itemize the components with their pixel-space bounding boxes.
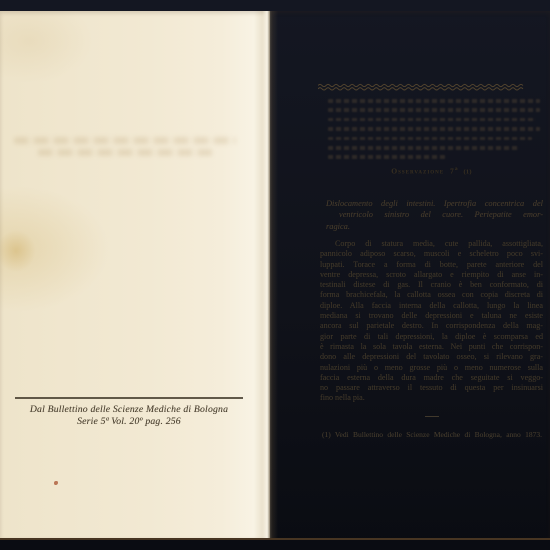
show-through-line <box>328 146 519 150</box>
summary-line: ventricolo sinistro del cuore. Periepati… <box>326 209 543 220</box>
paper-stain <box>0 223 42 279</box>
imprint-source: Dal Bullettino delle Scienze Mediche di … <box>12 404 246 416</box>
footnote-rule <box>425 416 439 417</box>
body-line: mediana si trovano delle depressioni e t… <box>320 311 543 321</box>
body-line: ancora sul parietale destro. In corrispo… <box>320 321 543 331</box>
paper-speck <box>54 481 58 485</box>
summary-line: ragica. <box>326 221 543 232</box>
left-page: Dal Bullettino delle Scienze Mediche di … <box>0 11 270 538</box>
body-line: è rimasta la sola tavola esterna. Nei pu… <box>320 342 543 352</box>
heading-ordinal: a <box>455 166 458 172</box>
heading-word: Osservazione <box>391 167 444 176</box>
body-line: dono alle depressioni del tavolato osseo… <box>320 352 543 362</box>
imprint-rule <box>15 397 243 399</box>
body-line: ventre depressa, scroto allargato e riem… <box>320 270 543 280</box>
footnote: (1) Vedi Bullettino delle Scienze Medich… <box>322 430 542 439</box>
show-through-text <box>14 137 236 161</box>
book-scan: Dal Bullettino delle Scienze Mediche di … <box>0 0 550 550</box>
wavy-rule <box>318 83 526 91</box>
body-line: luppati. Torace a forma di botte, parete… <box>320 260 543 270</box>
body-line: nulazioni più o meno grosse più o meno n… <box>320 363 543 373</box>
show-through-line <box>328 108 540 112</box>
show-through-line <box>328 155 445 159</box>
body-line: fino nella pia. <box>320 393 543 403</box>
show-through-line <box>328 118 536 122</box>
show-through-line <box>14 137 236 144</box>
heading-footnote-ref: (1) <box>463 169 471 176</box>
summary-line: Dislocamento degli intestini. Ipertrofia… <box>326 198 543 209</box>
body-line: forma brachicefala, la callotta ossea co… <box>320 290 543 300</box>
body-line: gior parte di tali depressioni, la diplo… <box>320 332 543 342</box>
body-line: pannicolo adiposo scarso, muscoli e sche… <box>320 249 543 259</box>
body-line: Corpo di statura media, cute pallida, as… <box>320 239 543 249</box>
observation-heading: Osservazione 7a (1) <box>320 166 543 176</box>
show-through-line <box>328 127 540 131</box>
body-line: faccia esterna della dura madre che segu… <box>320 373 543 383</box>
body-line: testinali distese di gas. Il cranio è be… <box>320 280 543 290</box>
right-page: Osservazione 7a (1) Dislocamento degli i… <box>270 11 550 538</box>
show-through-text <box>328 99 540 165</box>
imprint-block: Dal Bullettino delle Scienze Mediche di … <box>12 397 246 428</box>
imprint-volume: Serie 5ª Vol. 20º pag. 256 <box>12 416 246 428</box>
body-line: diploe. Alla faccia interna della callot… <box>320 301 543 311</box>
show-through-line <box>38 149 211 156</box>
body-line: no passare attraverso il tessuto di ques… <box>320 383 543 393</box>
show-through-line <box>328 99 540 103</box>
case-summary: Dislocamento degli intestini. Ipertrofia… <box>326 198 543 232</box>
body-paragraph: Corpo di statura media, cute pallida, as… <box>320 239 543 404</box>
show-through-line <box>328 137 532 141</box>
